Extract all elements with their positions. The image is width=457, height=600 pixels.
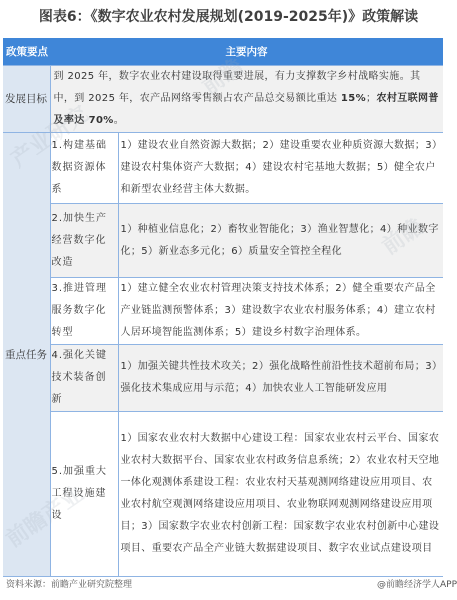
figure-title: 图表6：《数字农业农村发展规划(2019-2025年)》政策解读	[0, 6, 457, 26]
task-label: 1.构建基础数据资源体系	[50, 133, 118, 204]
task-content: 1）加强关键共性技术攻关；2）强化战略性前沿性技术超前布局；3）强化技术集成应用…	[118, 345, 443, 412]
table-row-task: 重点任务 1.构建基础数据资源体系 1）建设农业自然资源大数据；2）建设重要农业…	[3, 133, 443, 204]
table-row-task: 5.加强重大工程设施建设 1）国家农业农村大数据中心建设工程：国家农业农村云平台…	[3, 412, 443, 577]
policy-table: 政策要点 主要内容 发展目标 到 2025 年，数字农业农村建设取得重要进展，有…	[3, 38, 443, 577]
source-note: 资料来源：前瞻产业研究院整理	[6, 577, 132, 590]
tasks-key-cell: 重点任务	[3, 133, 50, 577]
task-content: 1）建立健全农业农村管理决策支持技术体系；2）健全重要农产品全产业链监测预警体系…	[118, 278, 443, 345]
task-content: 1）国家农业农村大数据中心建设工程：国家农业农村云平台、国家农业农村大数据平台、…	[118, 412, 443, 577]
goal-separator: ；	[366, 93, 376, 104]
table-row-goal: 发展目标 到 2025 年，数字农业农村建设取得重要进展，有力支撑数字乡村战略实…	[3, 66, 443, 133]
task-content: 1）建设农业自然资源大数据；2）建设重要农业种质资源大数据；3）建设农村集体资产…	[118, 133, 443, 204]
header-main-content: 主要内容	[50, 38, 443, 66]
goal-content-cell: 到 2025 年，数字农业农村建设取得重要进展，有力支撑数字乡村战略实施。其中，…	[50, 66, 443, 133]
credit-note: @前瞻经济学人APP	[377, 577, 457, 590]
table-row-task: 4.强化关键技术装备创新 1）加强关键共性技术攻关；2）强化战略性前沿性技术超前…	[3, 345, 443, 412]
goal-key-cell: 发展目标	[3, 66, 50, 133]
task-label: 2.加快生产经营数字化改造	[50, 204, 118, 278]
task-label: 5.加强重大工程设施建设	[50, 412, 118, 577]
header-policy-point: 政策要点	[3, 38, 50, 66]
task-label: 3.推进管理服务数字化转型	[50, 278, 118, 345]
table-row-task: 2.加快生产经营数字化改造 1）种植业信息化；2）畜牧业智能化；3）渔业智慧化；…	[3, 204, 443, 278]
task-content: 1）种植业信息化；2）畜牧业智能化；3）渔业智慧化；4）种业数字化；5）新业态多…	[118, 204, 443, 278]
table-row-task: 3.推进管理服务数字化转型 1）建立健全农业农村管理决策支持技术体系；2）健全重…	[3, 278, 443, 345]
goal-bold-percent: 15%	[341, 93, 366, 104]
goal-period: 。	[114, 115, 124, 126]
task-label: 4.强化关键技术装备创新	[50, 345, 118, 412]
table-header-row: 政策要点 主要内容	[3, 38, 443, 66]
